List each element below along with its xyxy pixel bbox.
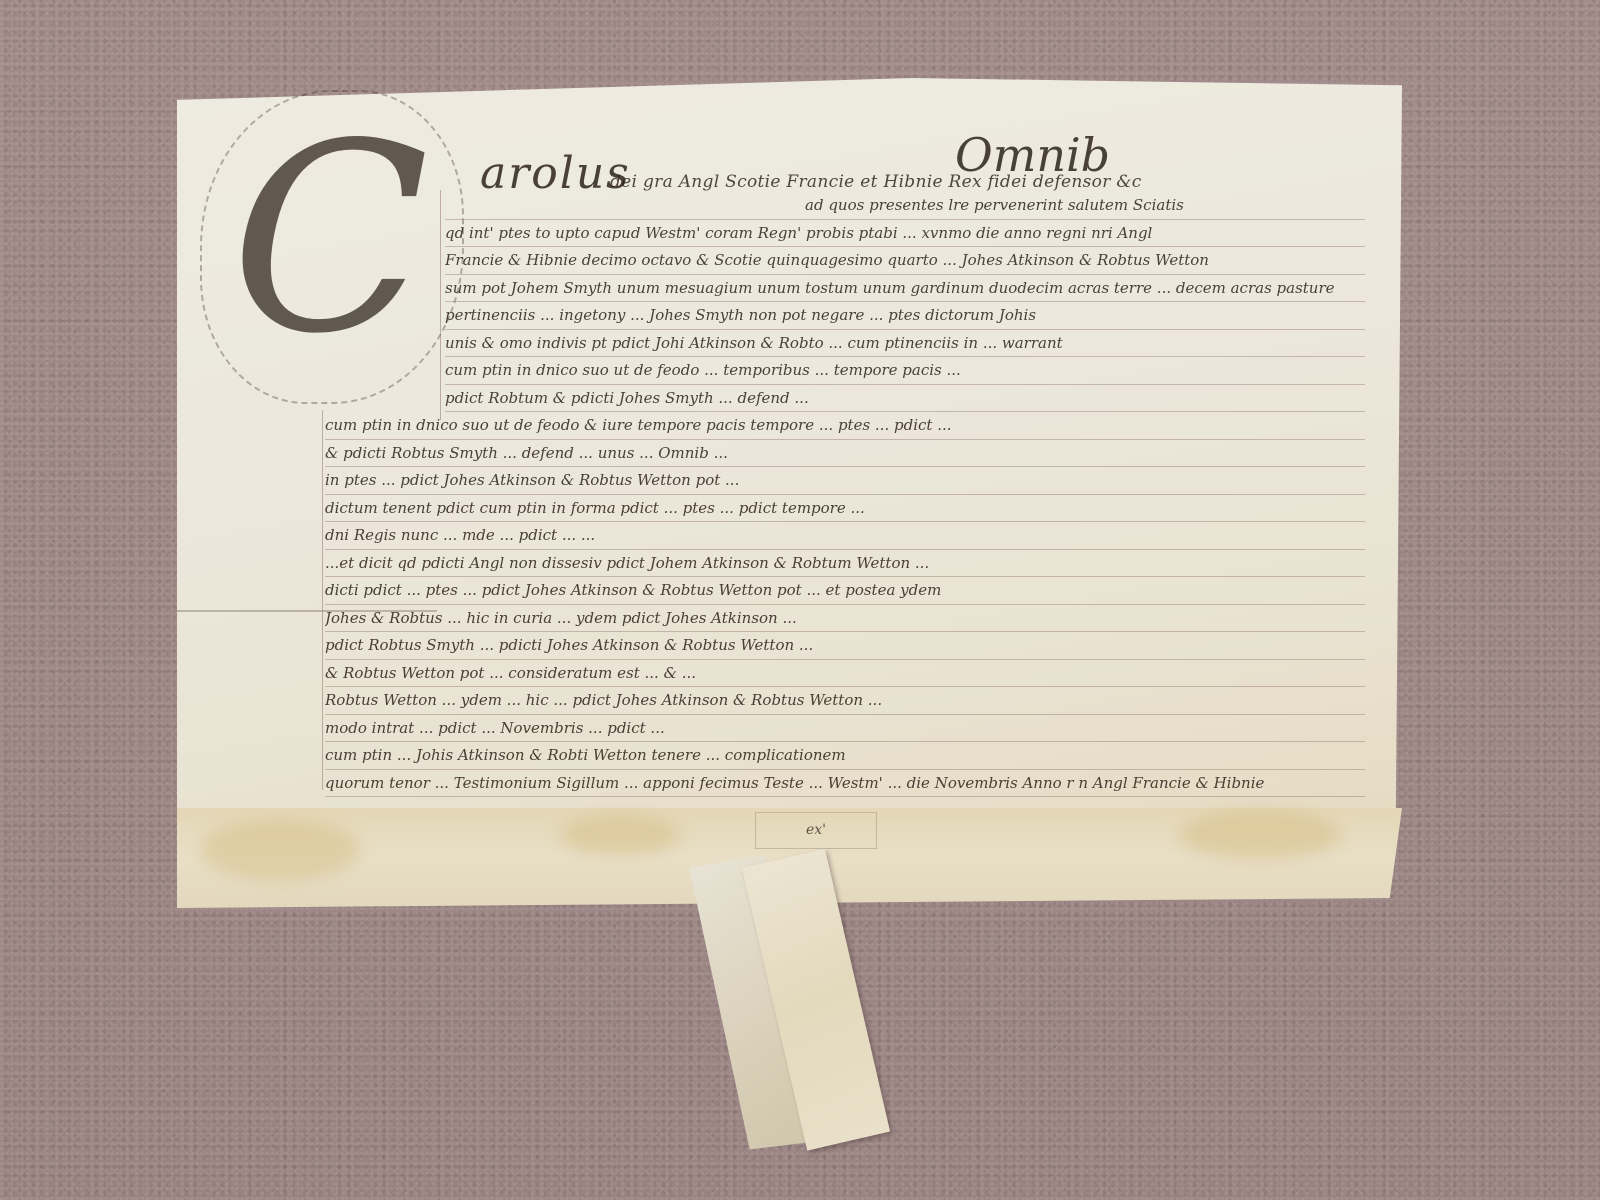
text-line: Johes & Robtus ... hic in curia ... ydem… — [325, 605, 1365, 633]
text-line: cum ptin ... Johis Atkinson & Robti Wett… — [325, 742, 1365, 770]
decorated-initial: C — [205, 95, 455, 395]
ruled-margin-line — [440, 190, 441, 420]
text-line: in ptes ... pdict Johes Atkinson & Robtu… — [325, 467, 1365, 495]
text-line: cum ptin in dnico suo ut de feodo ... te… — [445, 357, 1365, 385]
text-lower-block: cum ptin in dnico suo ut de feodo & iure… — [325, 412, 1365, 797]
text-line: dni Regis nunc ... mde ... pdict ... ... — [325, 522, 1365, 550]
text-line: & pdicti Robtus Smyth ... defend ... unu… — [325, 440, 1365, 468]
text-upper-block: ad quos presentes lre pervenerint salute… — [445, 192, 1365, 412]
text-line: cum ptin in dnico suo ut de feodo & iure… — [325, 412, 1365, 440]
text-line: pdict Robtus Smyth ... pdicti Johes Atki… — [325, 632, 1365, 660]
stain — [1180, 810, 1340, 860]
text-line: dictum tenent pdict cum ptin in forma pd… — [325, 495, 1365, 523]
stain — [560, 815, 680, 855]
text-line: sum pot Johem Smyth unum mesuagium unum … — [445, 275, 1365, 303]
text-line: modo intrat ... pdict ... Novembris ... … — [325, 715, 1365, 743]
text-line: pertinenciis ... ingetony ... Johes Smyt… — [445, 302, 1365, 330]
text-line: ...et dicit qd pdicti Angl non dissesiv … — [325, 550, 1365, 578]
ruled-margin-line — [322, 410, 323, 790]
text-line: qd int' ptes to upto capud Westm' coram … — [445, 220, 1365, 248]
text-line: & Robtus Wetton pot ... consideratum est… — [325, 660, 1365, 688]
stain — [200, 820, 360, 880]
text-line: pdict Robtum & pdicti Johes Smyth ... de… — [445, 385, 1365, 413]
text-line: Francie & Hibnie decimo octavo & Scotie … — [445, 247, 1365, 275]
text-line: quorum tenor ... Testimonium Sigillum ..… — [325, 770, 1365, 798]
heading-omnibus: Omnib — [955, 128, 1110, 182]
text-line: ad quos presentes lre pervenerint salute… — [445, 192, 1365, 220]
fold-inscription: ex' — [755, 812, 877, 849]
text-line: dicti pdict ... ptes ... pdict Johes Atk… — [325, 577, 1365, 605]
text-line: Robtus Wetton ... ydem ... hic ... pdict… — [325, 687, 1365, 715]
text-line: unis & omo indivis pt pdict Johi Atkinso… — [445, 330, 1365, 358]
